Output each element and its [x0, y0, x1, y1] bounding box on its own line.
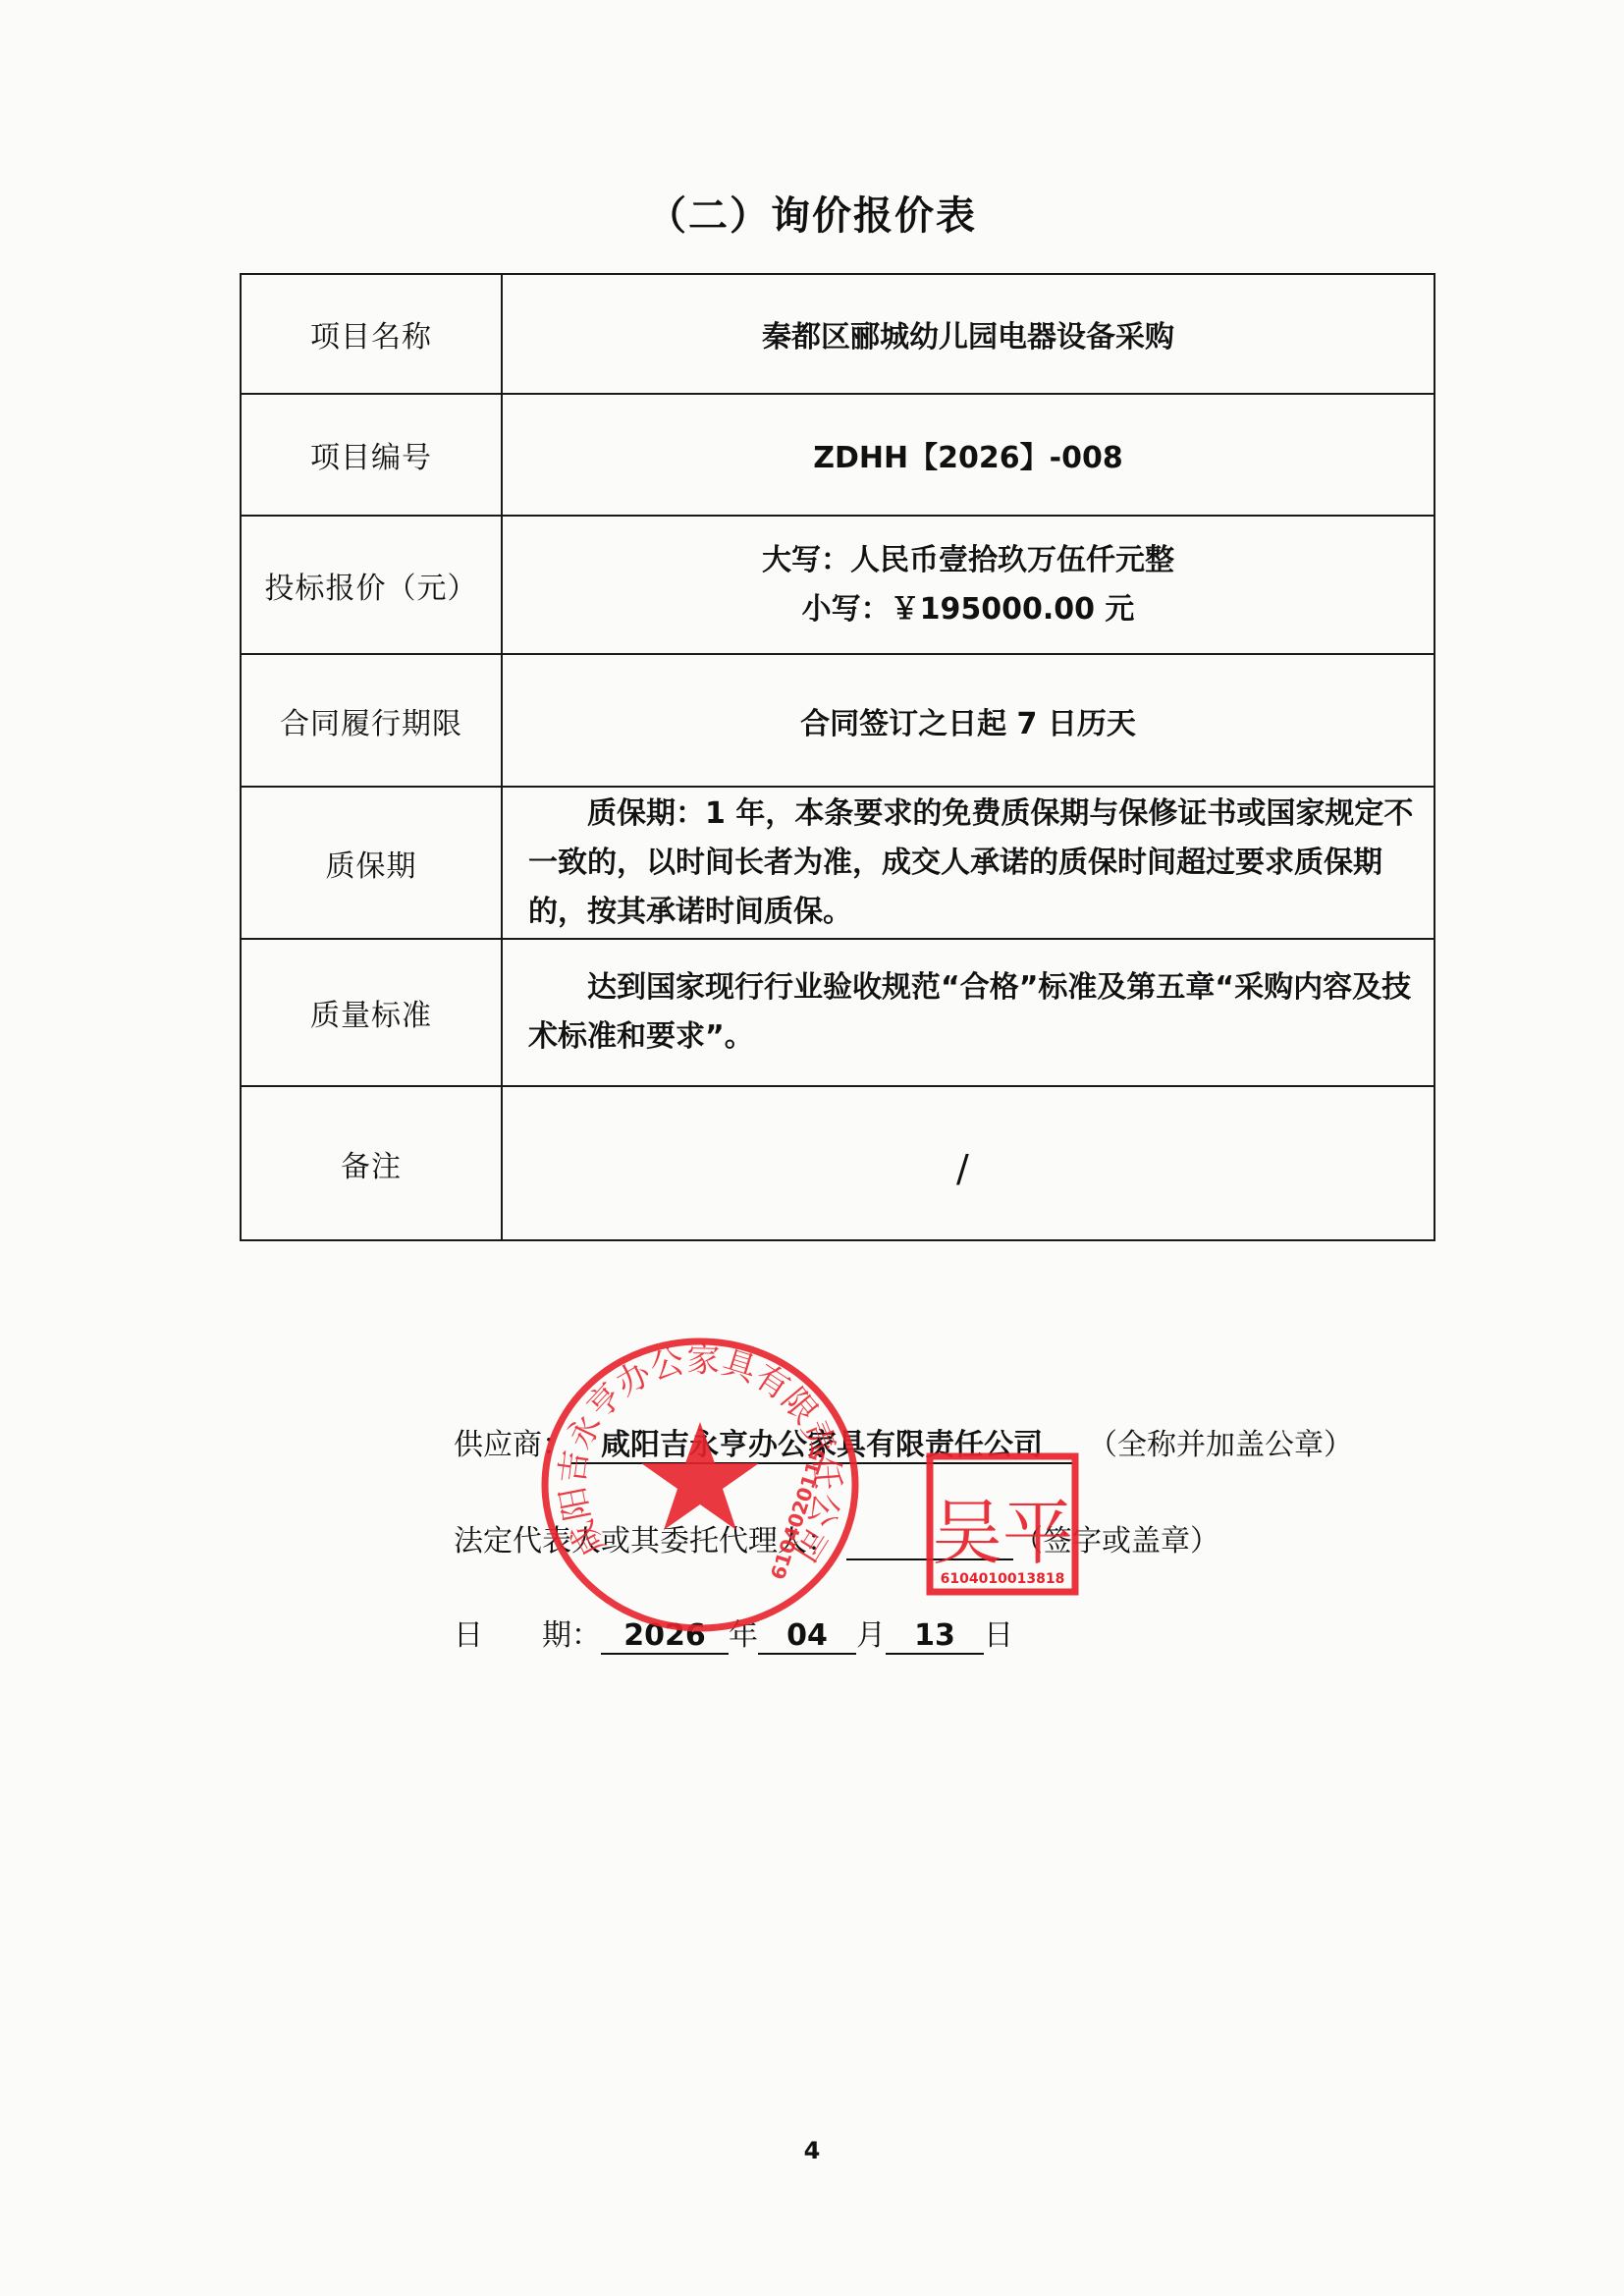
date-month: 04 [758, 1619, 856, 1655]
supplier-note: （全称并加盖公章） [1088, 1428, 1353, 1462]
day-unit: 日 [984, 1618, 1013, 1653]
row-value-quality-standard: 达到国家现行行业验收规范“合格”标准及第五章“采购内容及技术标准和要求”。 [502, 939, 1435, 1086]
representative-label: 法定代表人或其委托代理人： [454, 1524, 837, 1558]
row-value-project-name: 秦都区郦城幼儿园电器设备采购 [502, 274, 1435, 394]
table-row: 项目名称 秦都区郦城幼儿园电器设备采购 [241, 274, 1435, 394]
remarks-slash: / [956, 1147, 969, 1190]
row-label-contract-period: 合同履行期限 [241, 654, 502, 787]
table-row: 质保期 质保期：1 年，本条要求的免费质保期与保修证书或国家规定不一致的，以时间… [241, 787, 1435, 939]
bid-price-upper: 大写：人民币壹拾玖万伍仟元整 [503, 536, 1434, 585]
row-label-project-name: 项目名称 [241, 274, 502, 394]
bid-price-lower: 小写：￥195000.00 元 [503, 585, 1434, 634]
page-title: （二）询价报价表 [0, 185, 1624, 241]
page-number: 4 [0, 2137, 1624, 2164]
date-day: 13 [886, 1619, 984, 1655]
row-label-remarks: 备注 [241, 1086, 502, 1240]
table-row: 项目编号 ZDHH【2026】-008 [241, 394, 1435, 516]
svg-text:6104010013818: 6104010013818 [941, 1571, 1065, 1587]
representative-signature-field [846, 1525, 1013, 1560]
row-label-bid-price: 投标报价（元） [241, 516, 502, 654]
table-row: 投标报价（元） 大写：人民币壹拾玖万伍仟元整 小写：￥195000.00 元 [241, 516, 1435, 654]
warranty-text: 质保期：1 年，本条要求的免费质保期与保修证书或国家规定不一致的，以时间长者为准… [528, 790, 1420, 937]
row-value-contract-period: 合同签订之日起 7 日历天 [502, 654, 1435, 787]
row-label-project-number: 项目编号 [241, 394, 502, 516]
year-unit: 年 [729, 1618, 758, 1653]
table-row: 备注 [241, 1086, 1435, 1240]
svg-text:6104020115: 6104020115 [766, 1446, 831, 1583]
row-value-warranty: 质保期：1 年，本条要求的免费质保期与保修证书或国家规定不一致的，以时间长者为准… [502, 787, 1435, 939]
row-value-bid-price: 大写：人民币壹拾玖万伍仟元整 小写：￥195000.00 元 [502, 516, 1435, 654]
row-label-warranty: 质保期 [241, 787, 502, 939]
date-year: 2026 [601, 1619, 729, 1655]
row-label-quality-standard: 质量标准 [241, 939, 502, 1086]
date-label: 日 期： [454, 1618, 601, 1653]
supplier-name: 咸阳吉永亨办公家具有限责任公司 [571, 1429, 1072, 1464]
company-seal-icon: 咸阳吉永亨办公家具有限责任公司 6104020115 [538, 1336, 862, 1635]
representative-line: 法定代表人或其委托代理人： （签字或盖章） [454, 1516, 1219, 1560]
date-line: 日 期：2026年04月13日 [454, 1611, 1013, 1655]
table-row: 合同履行期限 合同签订之日起 7 日历天 [241, 654, 1435, 787]
row-value-project-number: ZDHH【2026】-008 [502, 394, 1435, 516]
representative-note: （签字或盖章） [1013, 1524, 1219, 1558]
table-row: 质量标准 达到国家现行行业验收规范“合格”标准及第五章“采购内容及技术标准和要求… [241, 939, 1435, 1086]
supplier-line: 供应商：咸阳吉永亨办公家具有限责任公司（全称并加盖公章） [454, 1420, 1353, 1464]
quality-standard-text: 达到国家现行行业验收规范“合格”标准及第五章“采购内容及技术标准和要求”。 [528, 963, 1420, 1062]
month-unit: 月 [856, 1618, 886, 1653]
supplier-label: 供应商： [454, 1428, 571, 1462]
quote-table: 项目名称 秦都区郦城幼儿园电器设备采购 项目编号 ZDHH【2026】-008 … [240, 273, 1435, 1241]
